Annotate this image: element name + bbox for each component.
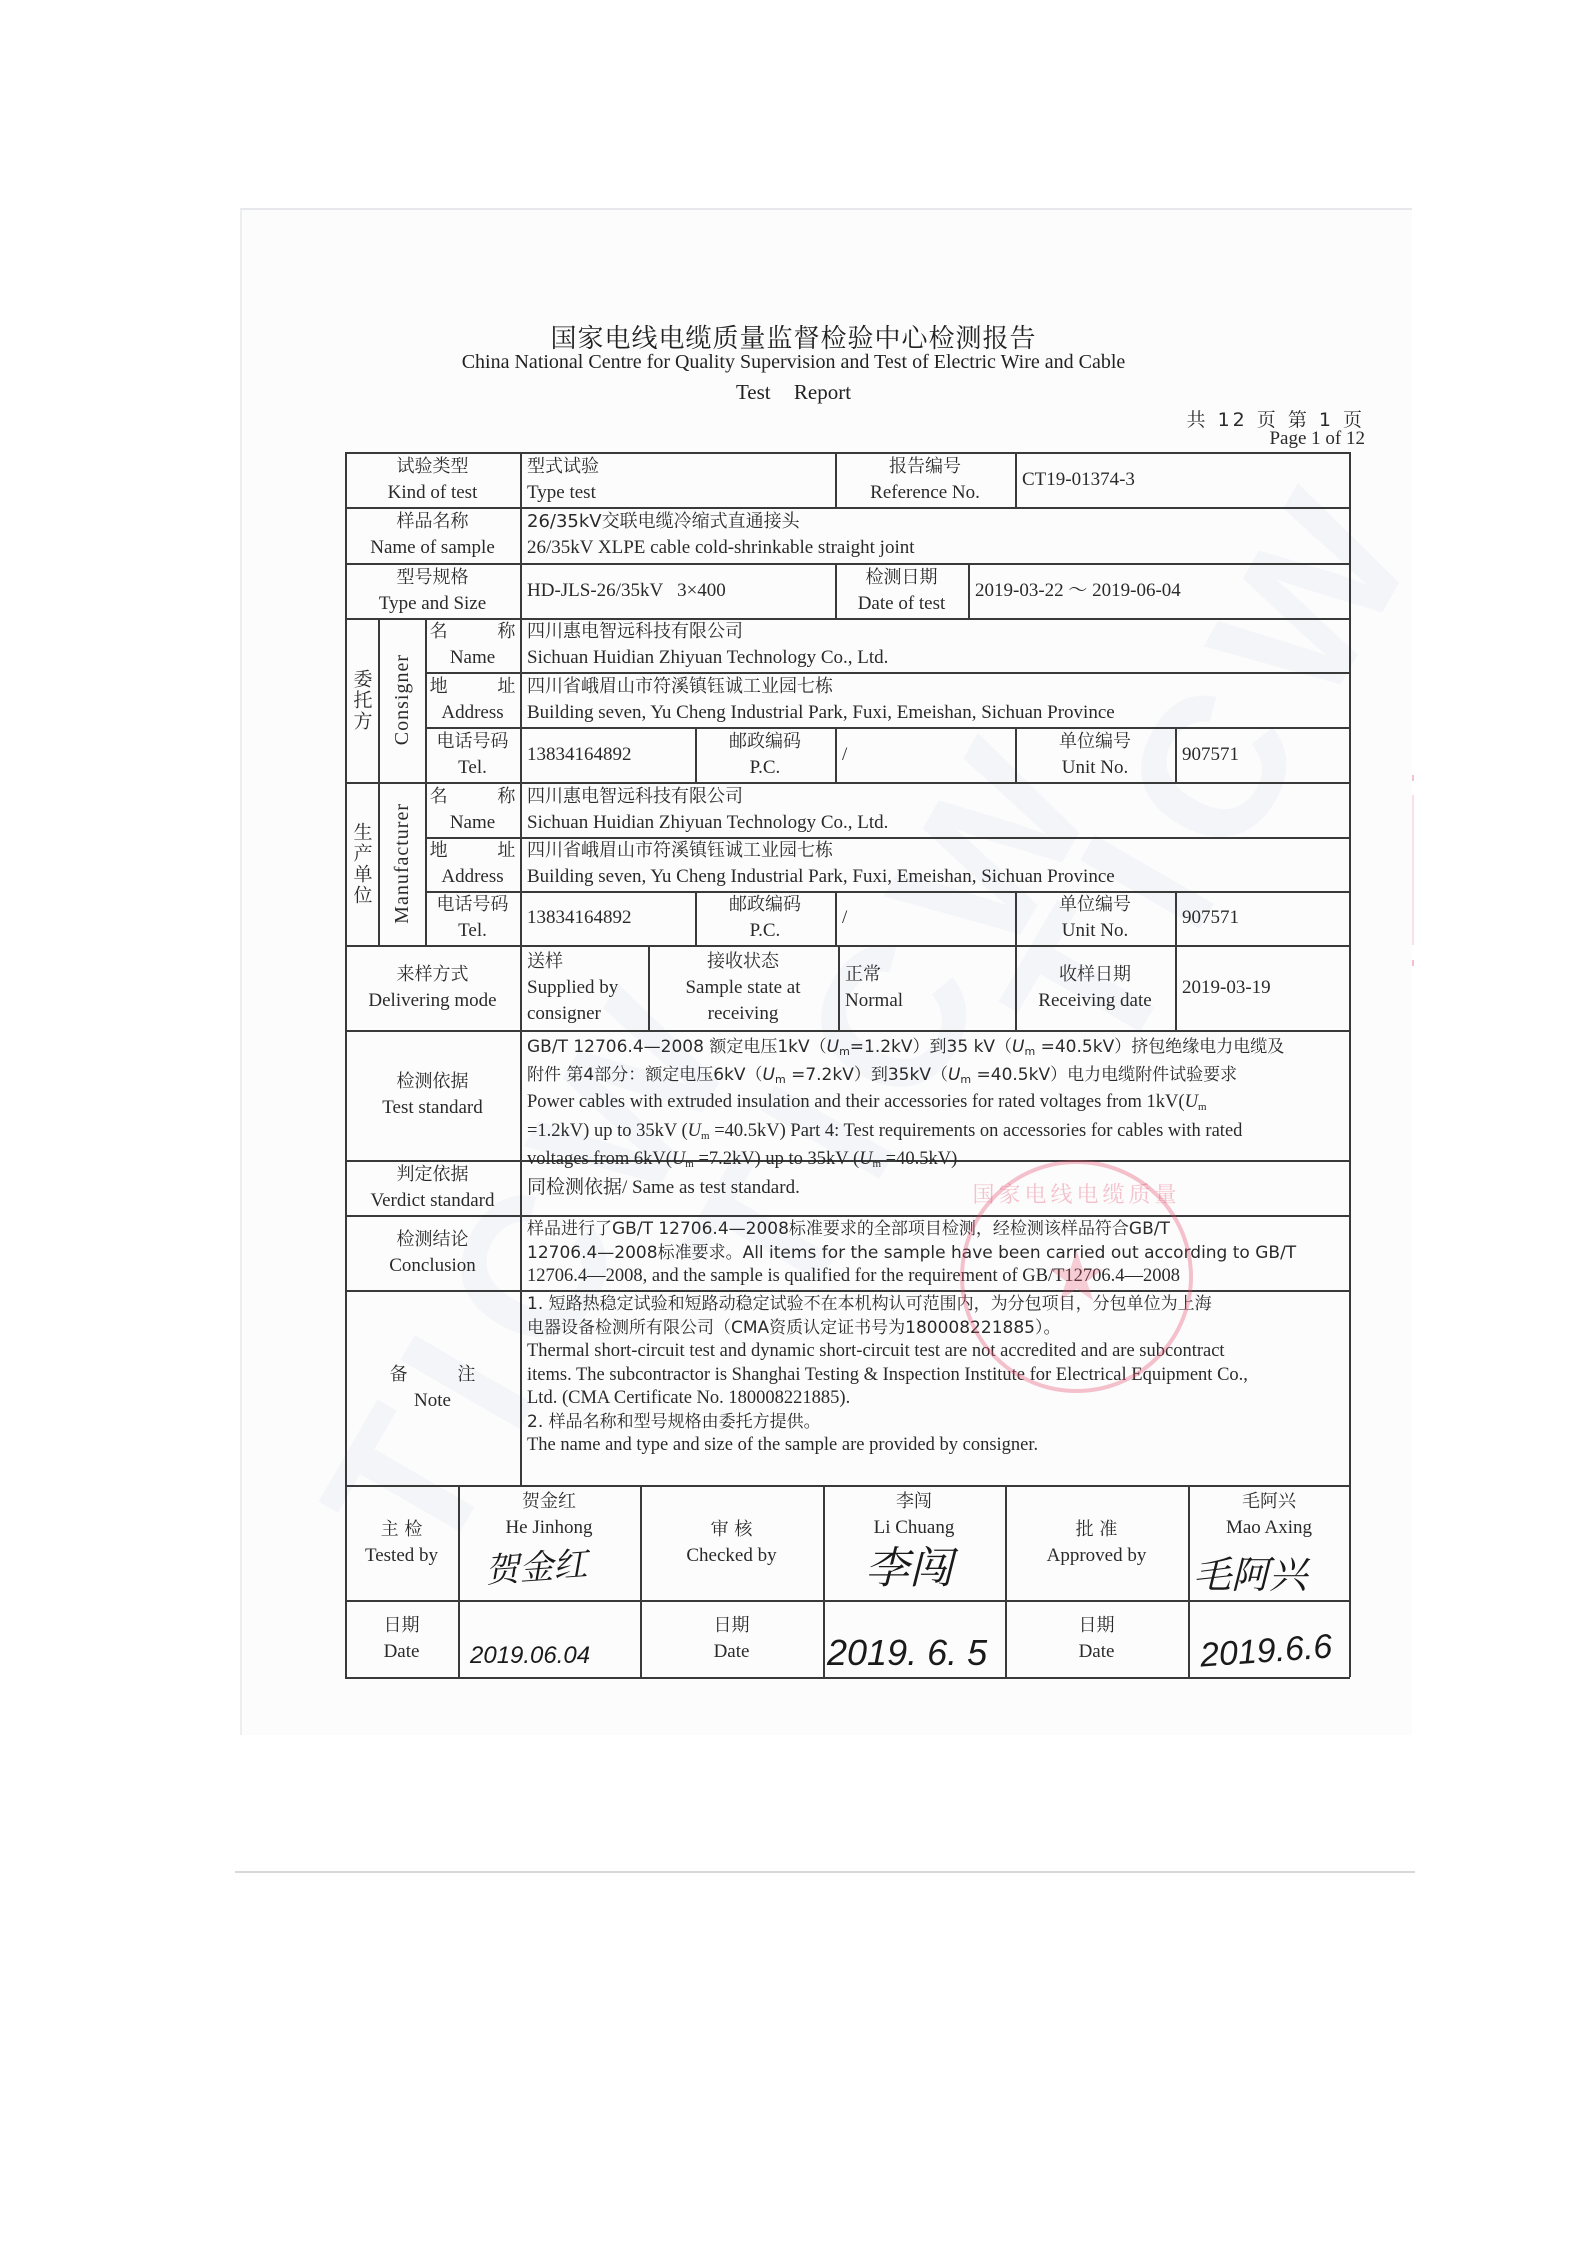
sample-name-label: 样品名称 Name of sample xyxy=(345,507,520,563)
note-text: 1. 短路热稳定试验和短路动稳定试验不在本机构认可范围内，为分包项目，分包单位为… xyxy=(527,1293,1342,1458)
text-line: items. The subcontractor is Shanghai Tes… xyxy=(527,1364,1342,1388)
consigner-name-label: 名 称 Name xyxy=(425,618,520,672)
checked-by-signature: 李闯 xyxy=(865,1532,953,1596)
tested-date-label: 日期 Date xyxy=(345,1600,458,1677)
consigner-group-en: Consigner xyxy=(378,618,425,782)
text-line: The name and type and size of the sample… xyxy=(527,1434,1342,1458)
sample-state-value: 正常 Normal xyxy=(838,945,1015,1030)
text-line: 样品进行了GB/T 12706.4—2008标准要求的全部项目检测，经检测该样品… xyxy=(527,1218,1342,1242)
checked-date-value: 2019. 6. 5 xyxy=(827,1632,987,1674)
type-size-label: 型号规格 Type and Size xyxy=(345,563,520,618)
official-seal-stamp: 国家电线电缆质量 ★ xyxy=(960,1160,1193,1393)
scan-edge-line xyxy=(235,1871,1415,1873)
manufacturer-tel-label: 电话号码 Tel. xyxy=(425,891,520,945)
text-line: Power cables with extruded insulation an… xyxy=(527,1091,1342,1120)
tested-by-label: 主 检 Tested by xyxy=(345,1485,458,1600)
approved-date-label: 日期 Date xyxy=(1005,1600,1188,1677)
verdict-standard-value: 同检测依据/ Same as test standard. xyxy=(520,1160,1350,1215)
sample-state-label: 接收状态 Sample state at receiving xyxy=(648,945,838,1030)
reference-no-label: 报告编号 Reference No. xyxy=(835,452,1015,507)
conclusion-label: 检测结论 Conclusion xyxy=(345,1215,520,1290)
consigner-tel-value: 13834164892 xyxy=(520,727,695,782)
receiving-date-value: 2019-03-19 xyxy=(1175,945,1350,1030)
text-line: 2. 样品名称和型号规格由委托方提供。 xyxy=(527,1411,1342,1435)
tested-date-value: 2019.06.04 xyxy=(470,1642,590,1670)
manufacturer-tel-value: 13834164892 xyxy=(520,891,695,945)
approved-date-value: 2019.6.6 xyxy=(1199,1627,1334,1675)
text-line: =1.2kV) up to 35kV (Um =40.5kV) Part 4: … xyxy=(527,1120,1342,1149)
sample-name-value: 26/35kV交联电缆冷缩式直通接头 26/35kV XLPE cable co… xyxy=(520,507,1350,563)
manufacturer-pc-label: 邮政编码 P.C. xyxy=(695,891,835,945)
manufacturer-unit-value: 907571 xyxy=(1175,891,1350,945)
manufacturer-unit-label: 单位编号 Unit No. xyxy=(1015,891,1175,945)
approved-by-label: 批 准 Approved by xyxy=(1005,1485,1188,1600)
consigner-group-cn: 委托方 xyxy=(345,618,378,782)
receiving-date-label: 收样日期 Receiving date xyxy=(1015,945,1175,1030)
consigner-pc-label: 邮政编码 P.C. xyxy=(695,727,835,782)
text-line: 12706.4—2008标准要求。All items for the sampl… xyxy=(527,1242,1342,1266)
edge-mark xyxy=(1412,795,1414,945)
text-line: 附件 第4部分：额定电压6kV（Um =7.2kV）到35kV（Um =40.5… xyxy=(527,1064,1342,1092)
report-table: 试验类型 Kind of test 型式试验 Type test 报告编号 Re… xyxy=(345,452,1350,1677)
consigner-unit-label: 单位编号 Unit No. xyxy=(1015,727,1175,782)
test-standard-text: GB/T 12706.4—2008 额定电压1kV（Um=1.2kV）到35 k… xyxy=(527,1036,1342,1177)
report-title-cn: 国家电线电缆质量监督检验中心检测报告 xyxy=(0,318,1587,355)
manufacturer-address-value: 四川省峨眉山市符溪镇钰诚工业园七栋 Building seven, Yu Che… xyxy=(520,837,1350,891)
page-counter-en: Page 1 of 12 xyxy=(1269,428,1365,450)
delivering-mode-label: 来样方式 Delivering mode xyxy=(345,945,520,1030)
report-subtitle: Test Report xyxy=(0,380,1587,405)
note-label: 备 注 Note xyxy=(345,1290,520,1485)
edge-mark xyxy=(1412,960,1414,966)
reference-no-value: CT19-01374-3 xyxy=(1015,452,1350,507)
manufacturer-group-en: Manufacturer xyxy=(378,782,425,945)
conclusion-text: 样品进行了GB/T 12706.4—2008标准要求的全部项目检测，经检测该样品… xyxy=(527,1218,1342,1289)
verdict-standard-label: 判定依据 Verdict standard xyxy=(345,1160,520,1215)
manufacturer-address-label: 地 址 Address xyxy=(425,837,520,891)
text-line: GB/T 12706.4—2008 额定电压1kV（Um=1.2kV）到35 k… xyxy=(527,1036,1342,1064)
manufacturer-name-value: 四川惠电智远科技有限公司 Sichuan Huidian Zhiyuan Tec… xyxy=(520,782,1350,837)
consigner-tel-label: 电话号码 Tel. xyxy=(425,727,520,782)
manufacturer-group-cn: 生产单位 xyxy=(345,782,378,945)
manufacturer-name-label: 名 称 Name xyxy=(425,782,520,837)
date-of-test-label: 检测日期 Date of test xyxy=(835,563,968,618)
text-line: Thermal short-circuit test and dynamic s… xyxy=(527,1340,1342,1364)
kind-of-test-label: 试验类型 Kind of test xyxy=(345,452,520,507)
consigner-name-value: 四川惠电智远科技有限公司 Sichuan Huidian Zhiyuan Tec… xyxy=(520,618,1350,672)
kind-of-test-value: 型式试验 Type test xyxy=(520,452,835,507)
consigner-unit-value: 907571 xyxy=(1175,727,1350,782)
type-size-value: HD-JLS-26/35kV 3×400 xyxy=(520,563,835,618)
text-line: 电器设备检测所有限公司（CMA资质认定证书号为180008221885）。 xyxy=(527,1317,1342,1341)
delivering-mode-value: 送样 Supplied by consigner xyxy=(520,945,648,1030)
test-standard-label: 检测依据 Test standard xyxy=(345,1030,520,1160)
consigner-pc-value: / xyxy=(835,727,1015,782)
approved-by-signature: 毛阿兴 xyxy=(1193,1544,1307,1599)
edge-mark xyxy=(1412,775,1414,781)
report-title-en: China National Centre for Quality Superv… xyxy=(0,351,1587,374)
checked-by-label: 审 核 Checked by xyxy=(640,1485,823,1600)
date-of-test-value: 2019-03-22 ～ 2019-06-04 xyxy=(968,563,1350,618)
text-line: 1. 短路热稳定试验和短路动稳定试验不在本机构认可范围内，为分包项目，分包单位为… xyxy=(527,1293,1342,1317)
text-line: Ltd. (CMA Certificate No. 180008221885). xyxy=(527,1387,1342,1411)
stamp-text: 国家电线电缆质量 xyxy=(964,1178,1189,1209)
consigner-address-value: 四川省峨眉山市符溪镇钰诚工业园七栋 Building seven, Yu Che… xyxy=(520,672,1350,727)
checked-date-label: 日期 Date xyxy=(640,1600,823,1677)
tested-by-signature: 贺金红 xyxy=(483,1537,588,1593)
text-line: 12706.4—2008, and the sample is qualifie… xyxy=(527,1265,1342,1289)
star-icon: ★ xyxy=(1045,1235,1108,1318)
manufacturer-pc-value: / xyxy=(835,891,1015,945)
consigner-address-label: 地 址 Address xyxy=(425,672,520,727)
